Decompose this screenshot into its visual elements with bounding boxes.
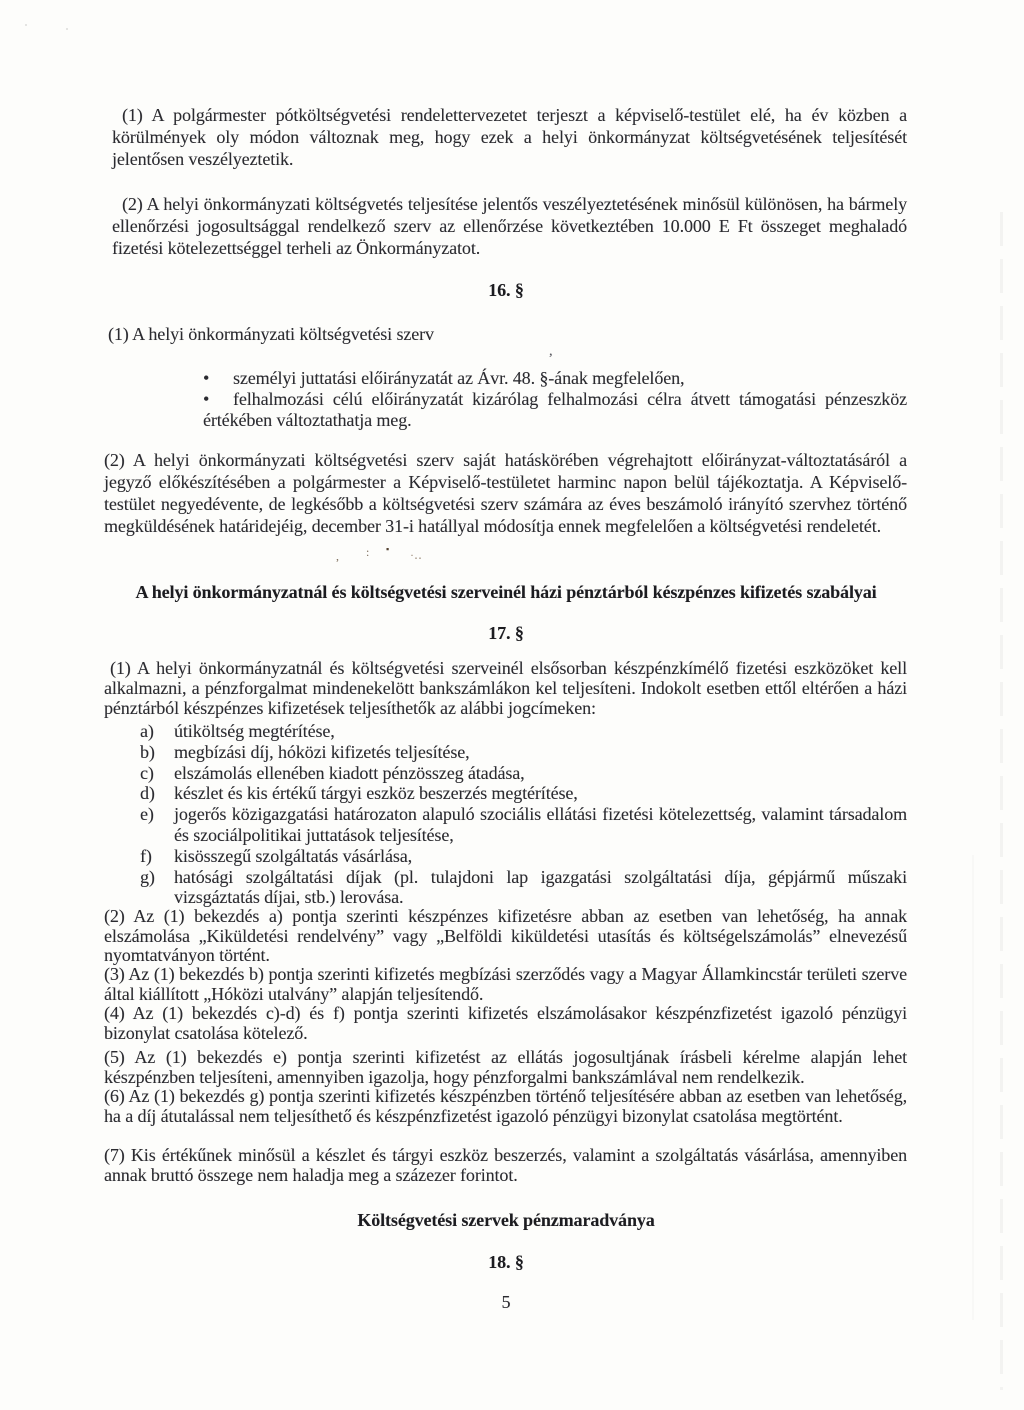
bullet-item: •személyi juttatási előirányzatát az Ávr… — [203, 368, 907, 389]
section-17-paragraph-2: (2) Az (1) bekezdés a) pontja szerinti k… — [104, 907, 907, 966]
section-17-paragraph-6: (6) Az (1) bekezdés g) pontja szerinti k… — [104, 1087, 907, 1126]
list-item-label: b) — [140, 742, 174, 763]
section-16-paragraph-2: (2) A helyi önkormányzati költségvetési … — [104, 449, 907, 537]
smudge-mark: ·‥ — [410, 548, 422, 563]
list-item-label: e) — [140, 804, 174, 825]
list-item-label: c) — [140, 763, 174, 784]
list-item-g: g)hatósági szolgáltatási díjak (pl. tula… — [140, 867, 907, 909]
scan-speck — [66, 28, 68, 30]
section-17-paragraph-4: (4) Az (1) bekezdés c)-d) és f) pontja s… — [104, 1004, 907, 1043]
list-item-label: g) — [140, 867, 174, 888]
list-item-text: jogerős közigazgatási határozaton alapul… — [174, 804, 907, 845]
section-16-intro: (1) A helyi önkormányzati költségvetési … — [108, 323, 907, 345]
list-item-b: b)megbízási díj, hóközi kifizetés teljes… — [140, 742, 907, 763]
section-17-paragraph-3: (3) Az (1) bekezdés b) pontja szerinti k… — [104, 965, 907, 1004]
section-17-paragraph-5: (5) Az (1) bekezdés e) pontja szerinti k… — [104, 1048, 907, 1087]
page-number: 5 — [105, 1291, 907, 1313]
bullet-item-text: felhalmozási célú előirányzatát kizáróla… — [203, 389, 907, 430]
list-item-text: kisösszegű szolgáltatás vásárlása, — [174, 846, 412, 866]
list-item-a: a)útiköltség megtérítése, — [140, 721, 907, 742]
list-item-c: c)elszámolás ellenében kiadott pénzössze… — [140, 763, 907, 784]
scan-artifact-line — [972, 855, 974, 1320]
document-page: (1) A polgármester pótköltségvetési rend… — [0, 0, 1024, 1410]
list-item-label: a) — [140, 721, 174, 742]
list-item-f: f)kisösszegű szolgáltatás vásárlása, — [140, 846, 907, 867]
remainder-heading: Költségvetési szervek pénzmaradványa — [105, 1209, 907, 1231]
cash-rules-heading: A helyi önkormányzatnál és költségvetési… — [105, 581, 907, 603]
bullet-icon: • — [203, 368, 233, 389]
bullet-icon: • — [203, 389, 233, 410]
list-item-d: d)készlet és kis értékű tárgyi eszköz be… — [140, 783, 907, 804]
list-item-e: e)jogerős közigazgatási határozaton alap… — [140, 804, 907, 846]
bullet-item-text: személyi juttatási előirányzatát az Ávr.… — [233, 368, 684, 388]
scan-speck — [25, 24, 27, 26]
smudge-mark: , — [336, 549, 339, 564]
section-17-paragraph-1: (1) A helyi önkormányzatnál és költségve… — [104, 658, 907, 718]
paragraph-1: (1) A polgármester pótköltségvetési rend… — [112, 104, 907, 170]
list-item-text: hatósági szolgáltatási díjak (pl. tulajd… — [174, 867, 907, 908]
section-17-heading: 17. § — [105, 622, 907, 644]
paragraph-2: (2) A helyi önkormányzati költségvetés t… — [112, 193, 907, 259]
list-item-text: készlet és kis értékű tárgyi eszköz besz… — [174, 783, 578, 803]
list-item-label: d) — [140, 783, 174, 804]
smudge-mark: : — [366, 545, 369, 560]
smudge-mark: ▪ — [386, 544, 389, 554]
section-17-paragraph-7: (7) Kis értékűnek minősül a készlet és t… — [104, 1146, 907, 1185]
list-item-text: megbízási díj, hóközi kifizetés teljesít… — [174, 742, 470, 762]
bullet-item: •felhalmozási célú előirányzatát kizáról… — [203, 389, 907, 431]
list-item-label: f) — [140, 846, 174, 867]
legal-list: a)útiköltség megtérítése, b)megbízási dí… — [140, 721, 907, 908]
scan-artifact-line — [1000, 212, 1003, 1390]
section-18-heading: 18. § — [105, 1251, 907, 1273]
stray-mark: , — [549, 344, 553, 360]
section-16-heading: 16. § — [105, 279, 907, 301]
list-item-text: elszámolás ellenében kiadott pénzösszeg … — [174, 763, 525, 783]
list-item-text: útiköltség megtérítése, — [174, 721, 335, 741]
